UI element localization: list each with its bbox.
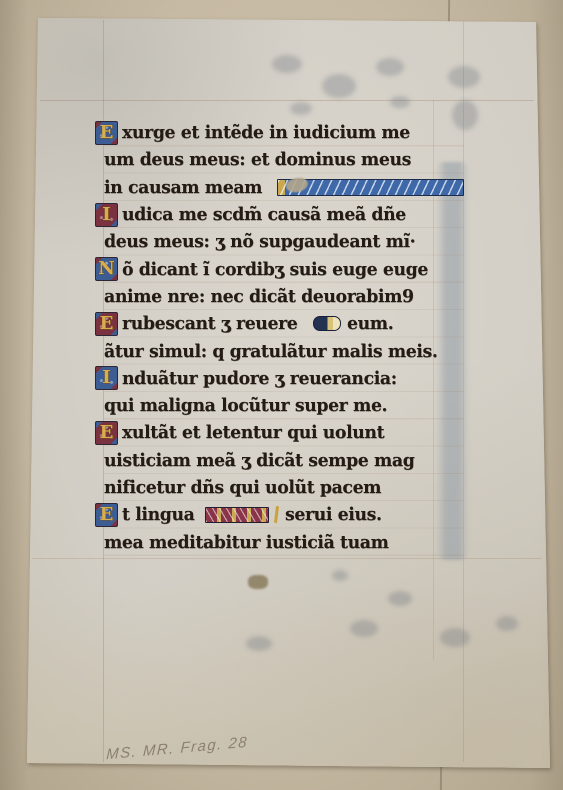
manuscript-line: E xultãt et letentur qui uolunt (104, 419, 464, 446)
manuscript-text: deus meus: ʒ nõ supgaudeant mĩ· (104, 231, 415, 252)
manuscript-line: um deus meus: et dominus meus (104, 146, 464, 173)
manuscript-text: rubescant ʒ reuere (122, 313, 297, 334)
illuminated-initial: E (95, 503, 118, 527)
stain (290, 102, 312, 115)
manuscript-text: xurge et intẽde in iudicium me (122, 122, 410, 143)
pencil-shelfmark: MS. MR. Frag. 28 (106, 734, 249, 764)
manuscript-line: uisticiam meã ʒ dicãt sempe mag (104, 447, 464, 474)
manuscript-line: N õ dicant ĩ cordibʒ suis euge euge (104, 255, 464, 282)
manuscript-text: um deus meus: et dominus meus (104, 149, 411, 170)
stain (448, 66, 480, 88)
manuscript-text: qui maligna locũtur super me. (104, 395, 387, 416)
stain (376, 58, 404, 76)
stain (350, 620, 378, 637)
manuscript-text: mea meditabitur iusticiã tuam (104, 532, 389, 553)
manuscript-text: õ dicant ĩ cordibʒ suis euge euge (122, 259, 428, 280)
illuminated-initial: N (95, 257, 118, 281)
manuscript-line: E xurge et intẽde in iudicium me (104, 119, 464, 146)
illuminated-initial: I (95, 366, 118, 390)
manuscript-text: anime nre: nec dicãt deuorabim9 (104, 286, 414, 307)
illuminated-initial: E (95, 312, 118, 336)
line-filler-dot (313, 316, 341, 331)
manuscript-text: uisticiam meã ʒ dicãt sempe mag (104, 450, 414, 471)
stain (332, 570, 348, 581)
manuscript-line: E t lingua serui eius. (104, 501, 464, 528)
ink-spot (248, 575, 268, 589)
manuscript-text: nduãtur pudore ʒ reuerancia: (122, 368, 397, 389)
manuscript-line: I udica me scdm̃ causã meã dñe (104, 201, 464, 228)
manuscript-text: serui eius. (285, 504, 382, 525)
stain (388, 591, 412, 606)
line-filler-blue-bar (277, 179, 464, 196)
manuscript-text: eum. (347, 313, 393, 334)
line-filler-red-bar (205, 507, 269, 523)
manuscript-text: in causam meam (104, 177, 262, 198)
illuminated-initial: I (95, 203, 118, 227)
manuscript-text: xultãt et letentur qui uolunt (122, 422, 384, 443)
manuscript-line: ãtur simul: q gratulãtur malis meis. (104, 337, 464, 364)
manuscript-line: nificetur dñs qui uolũt pacem (104, 474, 464, 501)
manuscript-line: I nduãtur pudore ʒ reuerancia: (104, 365, 464, 392)
manuscript-line: qui maligna locũtur super me. (104, 392, 464, 419)
stain (390, 96, 410, 108)
parchment-leaf-wrap: E xurge et intẽde in iudicium me um deus… (0, 0, 563, 790)
stain (440, 628, 470, 647)
gold-line-filler-tick (274, 506, 279, 523)
manuscript-line: E rubescant ʒ reuere eum. (104, 310, 464, 337)
manuscript-text: udica me scdm̃ causã meã dñe (122, 204, 406, 225)
photograph-of-manuscript-leaf: E xurge et intẽde in iudicium me um deus… (0, 0, 563, 790)
manuscript-line: in causam meam (104, 174, 464, 201)
pigment-loss-patch (284, 176, 308, 194)
manuscript-text: t lingua (122, 504, 194, 525)
stain (272, 55, 302, 73)
parchment-leaf: E xurge et intẽde in iudicium me um deus… (0, 0, 563, 790)
stain (496, 616, 518, 631)
stain (246, 636, 272, 651)
manuscript-line: mea meditabitur iusticiã tuam (104, 528, 464, 555)
manuscript-text: nificetur dñs qui uolũt pacem (104, 477, 381, 498)
illuminated-initial: E (95, 421, 118, 445)
stain (322, 74, 356, 98)
text-block: E xurge et intẽde in iudicium me um deus… (104, 119, 464, 556)
manuscript-line: anime nre: nec dicãt deuorabim9 (104, 283, 464, 310)
manuscript-text: ãtur simul: q gratulãtur malis meis. (104, 341, 438, 362)
illuminated-initial: E (95, 121, 118, 145)
manuscript-line: deus meus: ʒ nõ supgaudeant mĩ· (104, 228, 464, 255)
